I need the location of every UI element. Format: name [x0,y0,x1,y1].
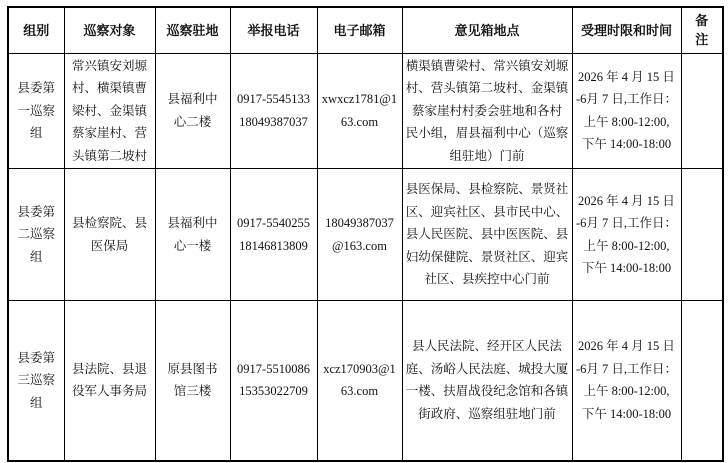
cell-r2-email: 18049387037 @163.com [317,169,402,301]
cell-r1-station: 县福利中 心二楼 [155,53,230,169]
cell-r3-phone: 0917-5510086 15353022709 [230,301,317,461]
header-phone: 举报电话 [230,7,317,53]
table-row-group-3: 县委第 三巡察 组 县法院、县退 役军人事务局 原县图书 馆三楼 0917-55… [8,301,723,461]
cell-r3-station: 原县图书 馆三楼 [155,301,230,461]
table-row-group-1: 县委第 一巡察 组 常兴镇安刘塬 村、横渠镇曹 梁村、金渠镇 蔡家崖村、营 头镇… [8,53,723,169]
cell-r2-targets: 县检察院、县 医保局 [64,169,155,301]
header-group: 组别 [8,7,64,53]
header-time: 受理时限和时间 [572,7,681,53]
cell-r3-group: 县委第 三巡察 组 [8,301,64,461]
inspection-notice-table-wrap: 组别 巡察对象 巡察驻地 举报电话 电子邮箱 意见箱地点 受理时限和时间 备 注… [7,6,724,462]
cell-r2-box-location: 县医保局、县检察院、景贤社 区、迎宾社区、县市民中心、 县人民医院、县中医医院、… [402,169,572,301]
table-row-group-2: 县委第 二巡察 组 县检察院、县 医保局 县福利中 心一楼 0917-55402… [8,169,723,301]
inspection-notice-table: 组别 巡察对象 巡察驻地 举报电话 电子邮箱 意见箱地点 受理时限和时间 备 注… [7,6,724,462]
cell-r2-remark [681,169,723,301]
cell-r2-station: 县福利中 心一楼 [155,169,230,301]
header-station: 巡察驻地 [155,7,230,53]
cell-r2-group: 县委第 二巡察 组 [8,169,64,301]
cell-r3-email: xcz170903@1 63.com [317,301,402,461]
cell-r1-remark [681,53,723,169]
header-email: 电子邮箱 [317,7,402,53]
header-targets: 巡察对象 [64,7,155,53]
cell-r2-phone: 0917-5540255 18146813809 [230,169,317,301]
cell-r3-time: 2026 年 4 月 15 日 -6月 7 日,工作日： 上午 8:00-12:… [572,301,681,461]
header-box-location: 意见箱地点 [402,7,572,53]
cell-r1-phone: 0917-5545133 18049387037 [230,53,317,169]
cell-r1-group: 县委第 一巡察 组 [8,53,64,169]
header-row: 组别 巡察对象 巡察驻地 举报电话 电子邮箱 意见箱地点 受理时限和时间 备 注 [8,7,723,53]
header-remark: 备 注 [681,7,723,53]
cell-r1-targets: 常兴镇安刘塬 村、横渠镇曹 梁村、金渠镇 蔡家崖村、营 头镇第二坡村 [64,53,155,169]
cell-r1-time: 2026 年 4 月 15 日 -6月 7 日,工作日： 上午 8:00-12:… [572,53,681,169]
cell-r1-email: xwxcz1781@1 63.com [317,53,402,169]
cell-r2-time: 2026 年 4 月 15 日 -6月 7 日,工作日： 上午 8:00-12:… [572,169,681,301]
cell-r1-box-location: 横渠镇曹梁村、常兴镇安刘塬 村、营头镇第二坡村、金渠镇 蔡家崖村村委会驻地和各村… [402,53,572,169]
cell-r3-box-location: 县人民法院、经开区人民法 庭、汤峪人民法庭、城投大厦 一楼、扶眉战役纪念馆和各镇… [402,301,572,461]
cell-r3-remark [681,301,723,461]
cell-r3-targets: 县法院、县退 役军人事务局 [64,301,155,461]
